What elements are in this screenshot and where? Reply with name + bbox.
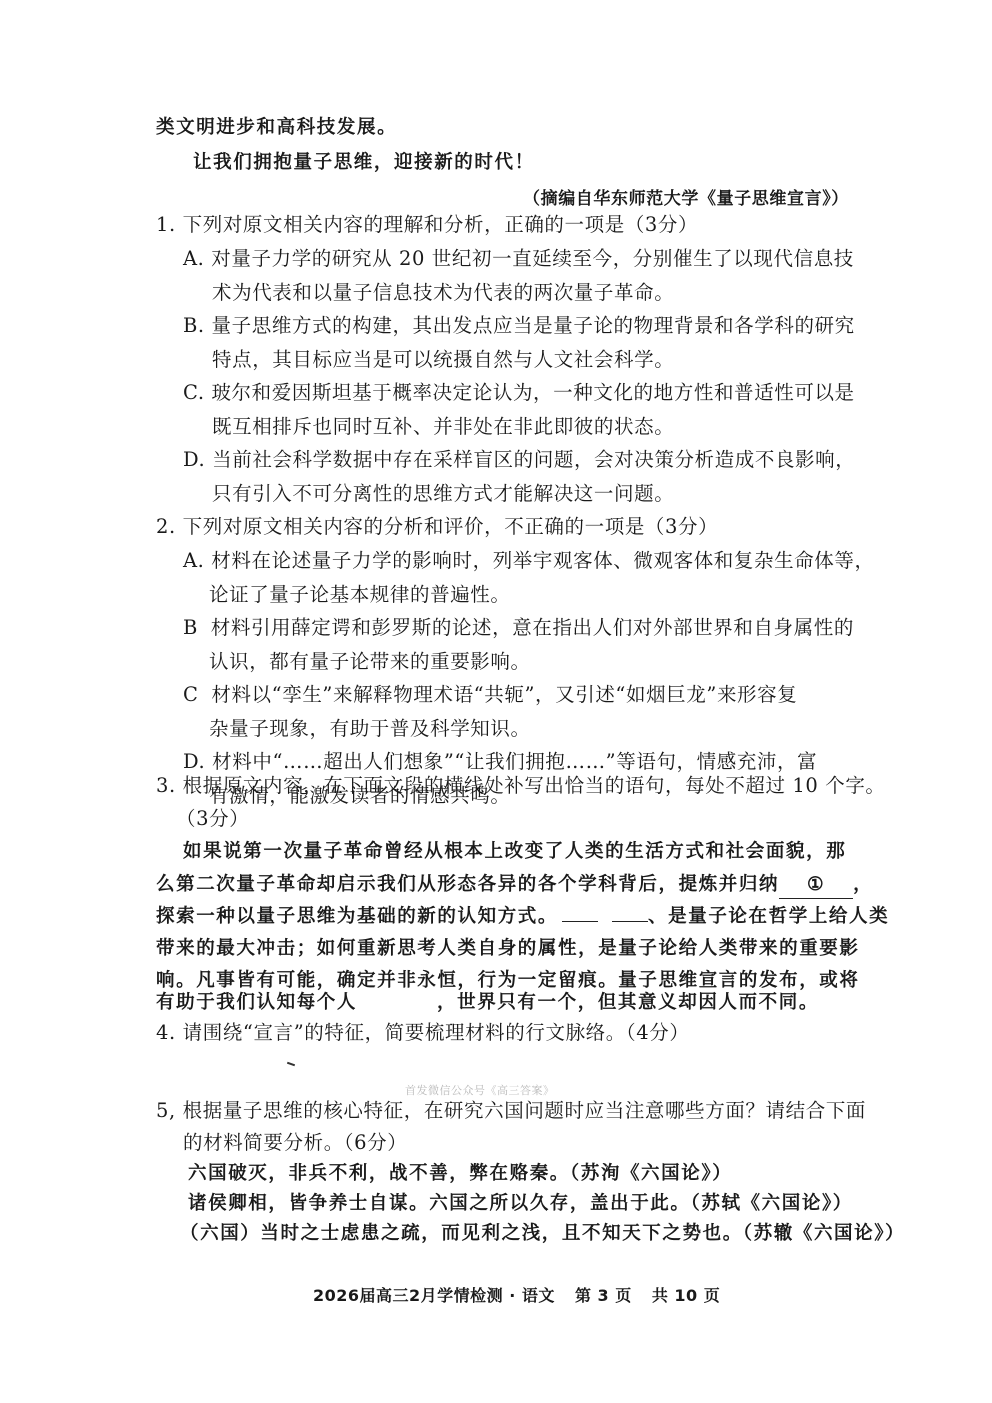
passage-source: （摘编自华东师范大学《量子思维宣言》） — [523, 186, 849, 212]
question-2-option-c: C 材料以“孪生”来解释物理术语“共轭”，又引述“如烟巨龙”来形容复 — [183, 682, 797, 708]
question-number: 1. — [156, 213, 176, 236]
fill-paragraph-line: 有助于我们认知每个人，世界只有一个，但其意义却因人而不同。 — [156, 990, 819, 1016]
option-label: C — [183, 683, 199, 706]
question-2-option-a: A. 材料在论述量子力学的影响时，列举宇观客体、微观客体和复杂生命体等， — [183, 548, 875, 574]
question-text: 请围绕“宣言”的特征，简要梳理材料的行文脉络。（4分） — [183, 1021, 690, 1044]
passage-closing-line: 让我们拥抱量子思维，迎接新的时代！ — [193, 150, 535, 176]
option-text: 材料以“孪生”来解释物理术语“共轭”，又引述“如烟巨龙”来形容复 — [211, 683, 797, 706]
question-2-stem: 2. 下列对原文相关内容的分析和评价，不正确的一项是（3分） — [156, 514, 718, 540]
option-label: C. — [183, 381, 205, 404]
option-label: A. — [183, 247, 204, 270]
option-text-cont: 认识，都有量子论带来的重要影响。 — [209, 649, 531, 675]
option-label: D. — [183, 448, 205, 471]
exam-title: 2026届高三2月学情检测 · 语文 — [313, 1286, 555, 1305]
quote-line: 诸侯卿相，皆争养士自谋。六国之所以久存，盖出于此。（苏轼《六国论》） — [188, 1191, 853, 1217]
blank-1[interactable]: ① — [779, 872, 853, 899]
page-number: 第 3 页 — [575, 1286, 632, 1305]
option-text: 材料在论述量子力学的影响时，列举宇观客体、微观客体和复杂生命体等， — [211, 549, 874, 572]
option-text-cont: 特点，其目标应当是可以统摄自然与人文社会科学。 — [212, 347, 674, 373]
option-label: A. — [183, 549, 204, 572]
page-total: 共 10 页 — [652, 1286, 720, 1305]
option-label: B. — [183, 314, 205, 337]
blank-2b[interactable] — [612, 921, 648, 922]
option-text-cont: 杂量子现象，有助于普及科学知识。 — [209, 716, 531, 742]
fill-paragraph-line: 么第二次量子革命却启示我们从形态各异的各个学科背后，提炼并归纳①， — [156, 872, 873, 899]
blank-2a[interactable] — [562, 921, 598, 922]
question-text: 根据原文内容，在下面文段的横线处补写出恰当的语句，每处不超过 10 个字。 — [183, 774, 886, 797]
question-5-stem: 5, 根据量子思维的核心特征，在研究六国问题时应当注意哪些方面？请结合下面 — [156, 1098, 866, 1124]
question-number: 3. — [156, 774, 176, 797]
question-text: 下列对原文相关内容的理解和分析，正确的一项是（3分） — [183, 213, 699, 236]
option-text: 材料中“……超出人们想象”“让我们拥抱……”等语句，情感充沛，富 — [212, 750, 817, 773]
question-number: 4. — [156, 1021, 176, 1044]
option-label: D. — [183, 750, 205, 773]
option-label: B — [183, 616, 198, 639]
fill-paragraph-line: 如果说第一次量子革命曾经从根本上改变了人类的生活方式和社会面貌，那 — [183, 839, 846, 865]
option-text: 玻尔和爱因斯坦基于概率决定论认为，一种文化的地方性和普适性可以是 — [211, 381, 854, 404]
option-text: 材料引用薛定谔和彭罗斯的论述，意在指出人们对外部世界和自身属性的 — [211, 616, 854, 639]
quote-line: （六国）当时之士虑患之疏，而见利之浅，且不知天下之势也。（苏辙《六国论》） — [180, 1221, 905, 1247]
fill-paragraph-line: 探索一种以量子思维为基础的新的认知方式。、是量子论在哲学上给人类 — [156, 904, 889, 930]
question-4-stem: 4. 请围绕“宣言”的特征，简要梳理材料的行文脉络。（4分） — [156, 1020, 689, 1046]
passage-tail-line: 类文明进步和高科技发展。 — [156, 115, 397, 141]
question-number: 5, — [156, 1099, 176, 1122]
question-3-points: （3分） — [176, 806, 249, 832]
question-1-stem: 1. 下列对原文相关内容的理解和分析，正确的一项是（3分） — [156, 212, 698, 238]
option-text: 对量子力学的研究从 20 世纪初一直延续至今，分别催生了以现代信息技 — [211, 247, 854, 270]
question-1-option-b: B. 量子思维方式的构建，其出发点应当是量子论的物理背景和各学科的研究 — [183, 313, 855, 339]
question-1-option-a: A. 对量子力学的研究从 20 世纪初一直延续至今，分别催生了以现代信息技 — [183, 246, 854, 272]
question-5-stem-cont: 的材料简要分析。（6分） — [183, 1130, 407, 1156]
blank-3[interactable] — [357, 1007, 437, 1008]
page-footer: 2026届高三2月学情检测 · 语文 第 3 页 共 10 页 — [313, 1283, 734, 1306]
question-1-option-c: C. 玻尔和爱因斯坦基于概率决定论认为，一种文化的地方性和普适性可以是 — [183, 380, 855, 406]
fill-paragraph-line: 带来的最大冲击；如何重新思考人类自身的属性，是量子论给人类带来的重要影 — [156, 936, 860, 962]
option-text-cont: 术为代表和以量子信息技术为代表的两次量子革命。 — [212, 280, 674, 306]
watermark: 首发微信公众号《高三答案》 — [405, 1082, 555, 1098]
question-2-option-b: B 材料引用薛定谔和彭罗斯的论述，意在指出人们对外部世界和自身属性的 — [183, 615, 854, 641]
stray-mark — [287, 1062, 295, 1067]
option-text: 当前社会科学数据中存在采样盲区的问题，会对决策分析造成不良影响， — [212, 448, 855, 471]
option-text-cont: 只有引入不可分离性的思维方式才能解决这一问题。 — [212, 481, 674, 507]
option-text: 量子思维方式的构建，其出发点应当是量子论的物理背景和各学科的研究 — [212, 314, 855, 337]
question-1-option-d: D. 当前社会科学数据中存在采样盲区的问题，会对决策分析造成不良影响， — [183, 447, 855, 473]
question-3-stem: 3. 根据原文内容，在下面文段的横线处补写出恰当的语句，每处不超过 10 个字。 — [156, 773, 886, 799]
question-number: 2. — [156, 515, 176, 538]
option-text-cont: 论证了量子论基本规律的普遍性。 — [209, 582, 511, 608]
question-2-option-d: D. 材料中“……超出人们想象”“让我们拥抱……”等语句，情感充沛，富 — [183, 749, 817, 775]
exam-page: 类文明进步和高科技发展。 让我们拥抱量子思维，迎接新的时代！ （摘编自华东师范大… — [0, 0, 992, 1403]
question-text: 下列对原文相关内容的分析和评价，不正确的一项是（3分） — [183, 515, 719, 538]
question-text: 根据量子思维的核心特征，在研究六国问题时应当注意哪些方面？请结合下面 — [183, 1099, 866, 1122]
quote-line: 六国破灭，非兵不利，战不善，弊在赂秦。（苏洵《六国论》） — [188, 1161, 732, 1187]
option-text-cont: 既互相排斥也同时互补、并非处在非此即彼的状态。 — [212, 414, 674, 440]
